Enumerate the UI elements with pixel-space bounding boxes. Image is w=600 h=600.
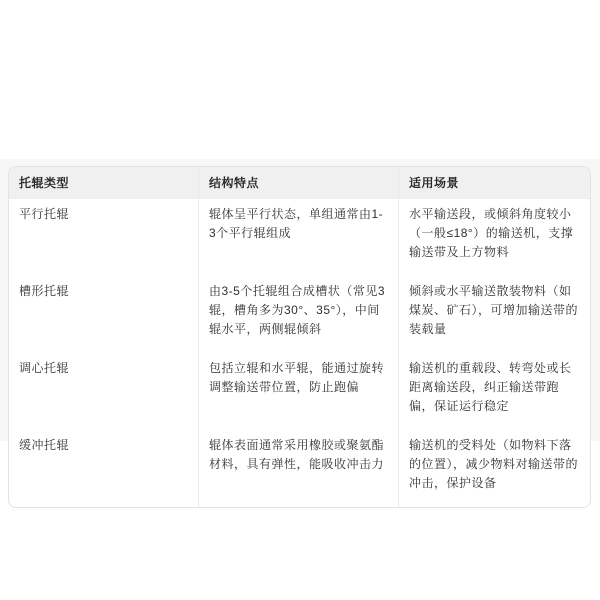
header-cell-scenario: 适用场景	[398, 167, 590, 198]
table-row: 槽形托辊 由3-5个托辊组合成槽状（常见3辊，槽角多为30°、35°），中间辊水…	[9, 276, 590, 353]
roller-type-table: 托辊类型 结构特点 适用场景 平行托辊 辊体呈平行状态，单组通常由1-3个平行辊…	[8, 166, 591, 508]
cell-scenario: 水平输送段，或倾斜角度较小（一般≤18°）的输送机，支撑输送带及上方物料	[398, 199, 590, 276]
cell-scenario: 输送机的受料处（如物料下落的位置），减少物料对输送带的冲击，保护设备	[398, 430, 590, 507]
table-row: 调心托辊 包括立辊和水平辊，能通过旋转调整输送带位置，防止跑偏 输送机的重载段、…	[9, 353, 590, 430]
table-header-row: 托辊类型 结构特点 适用场景	[9, 167, 590, 199]
cell-roller-type: 槽形托辊	[9, 276, 198, 353]
cell-structure: 辊体呈平行状态，单组通常由1-3个平行辊组成	[198, 199, 398, 276]
cell-roller-type: 平行托辊	[9, 199, 198, 276]
cell-structure: 包括立辊和水平辊，能通过旋转调整输送带位置，防止跑偏	[198, 353, 398, 430]
cell-roller-type: 缓冲托辊	[9, 430, 198, 507]
cell-scenario: 倾斜或水平输送散装物料（如煤炭、矿石），可增加输送带的装载量	[398, 276, 590, 353]
cell-scenario: 输送机的重载段、转弯处或长距离输送段，纠正输送带跑偏，保证运行稳定	[398, 353, 590, 430]
header-cell-structure: 结构特点	[198, 167, 398, 198]
table-row: 平行托辊 辊体呈平行状态，单组通常由1-3个平行辊组成 水平输送段，或倾斜角度较…	[9, 199, 590, 276]
cell-structure: 由3-5个托辊组合成槽状（常见3辊，槽角多为30°、35°），中间辊水平，两侧辊…	[198, 276, 398, 353]
cell-roller-type: 调心托辊	[9, 353, 198, 430]
cell-structure: 辊体表面通常采用橡胶或聚氨酯材料，具有弹性，能吸收冲击力	[198, 430, 398, 507]
header-cell-roller-type: 托辊类型	[9, 167, 198, 198]
table-row: 缓冲托辊 辊体表面通常采用橡胶或聚氨酯材料，具有弹性，能吸收冲击力 输送机的受料…	[9, 430, 590, 507]
